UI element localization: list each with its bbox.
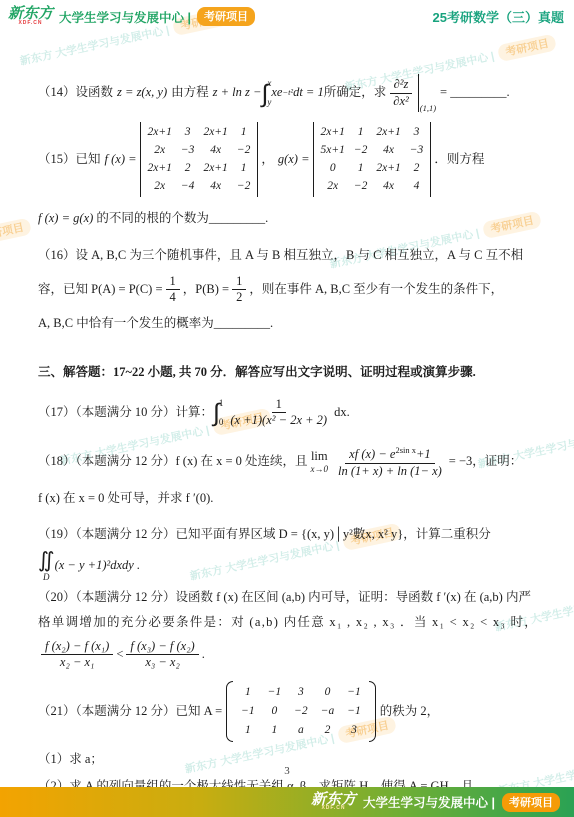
- org-name: 大学生学习与发展中心 |: [59, 8, 191, 26]
- integral: ∫ 10: [213, 397, 223, 429]
- fraction-numerator: xf (x) − e2sin x+1: [345, 445, 435, 464]
- p18-fraction: xf (x) − e2sin x+1 ln (1+ x) + ln (1− x): [334, 445, 446, 479]
- p15-prefix: （15）已知: [38, 150, 101, 169]
- matrix-cell: 3: [294, 685, 308, 700]
- problem-17: （17）（本题满分 10 分）计算： ∫ 10 1(x +1)(x² − 2x …: [38, 397, 542, 429]
- matrix-cell: 2x+1: [148, 161, 172, 176]
- matrix-cell: −4: [181, 179, 195, 194]
- watermark-badge: 考研项目: [0, 217, 32, 246]
- matrix-cell: 2: [181, 161, 195, 176]
- program-badge: 考研项目: [197, 7, 255, 26]
- fraction-denominator: x₃ − x₂: [141, 655, 183, 671]
- section-3-heading: 三、解答题：17~22 小题, 共 70 分．解答应写出文字说明、证明过程或演算…: [38, 363, 542, 382]
- p17-dx: dx.: [334, 403, 350, 422]
- matrix-cell: −1: [241, 704, 255, 719]
- watermark: 新东方 大学生学习与发展中心 |考研项目: [0, 217, 32, 278]
- matrix-cell: 2x+1: [203, 125, 227, 140]
- p14-exponent: −t²: [282, 86, 293, 99]
- problem-18-line2: f (x) 在 x = 0 处可导，并求 f ′(0).: [38, 489, 542, 508]
- matrix-cell: 3: [347, 723, 361, 738]
- integral-lower: 0: [219, 418, 224, 427]
- matrix-cell: −2: [237, 179, 251, 194]
- matrix-cell: −3: [181, 143, 195, 158]
- problem-15-line2: f (x) = g(x) 的不同的根的个数为_________.: [38, 209, 542, 228]
- limit-subscript: x→0: [311, 465, 329, 474]
- p14-math-z: z = z(x, y): [117, 83, 167, 102]
- matrix-cell: 2: [410, 161, 424, 176]
- footer-bar: 新东方XDF.CN 大学生学习与发展中心 | 考研项目: [0, 787, 574, 817]
- fraction-one-quarter: 14: [166, 274, 180, 306]
- p18-prefix: （18）（本题满分 12 分）f (x) 在 x = 0 处连续，且: [38, 452, 308, 471]
- p15-tail: ．则方程: [434, 150, 484, 169]
- watermark-text: 新东方 大学生学习与发展中心 |: [18, 21, 170, 68]
- matrix-cell: 4x: [203, 179, 227, 194]
- matrix-cell: −1: [347, 704, 361, 719]
- p14-text2: 所确定，求: [324, 83, 387, 102]
- problem-21: （21）（本题满分 12 分）已知 A = 1−130−1−10−2−a−111…: [38, 681, 542, 742]
- matrix-cell: 1: [237, 125, 251, 140]
- matrix-cell: 1: [354, 125, 368, 140]
- problem-19-line1: （19）（本题满分 12 分）已知平面有界区域 D = {(x, y)│y²數x…: [38, 525, 542, 544]
- p14-integrand: xe: [271, 83, 282, 102]
- matrix-cell: 2x+1: [376, 161, 400, 176]
- matrix-cell: 1: [241, 723, 255, 738]
- page-header: 新东方XDF.CN 大学生学习与发展中心 | 考研项目 25考研数学（三）真题: [8, 7, 564, 26]
- p15-equation: f (x) = g(x): [38, 211, 93, 225]
- evaluation-point: (1,1): [420, 102, 436, 115]
- fraction-numerator: ∂²z: [390, 77, 413, 94]
- p15-separator: ，: [261, 150, 274, 169]
- exam-page: 新东方 大学生学习与发展中心 |考研项目 新东方 大学生学习与发展中心 |考研项…: [0, 0, 574, 817]
- problem-14: （14）设函数 z = z(x, y) 由方程 z + ln z − ∫ xy …: [38, 74, 542, 112]
- matrix-cell: 2x: [148, 179, 172, 194]
- matrix-cell: 4x: [376, 143, 400, 158]
- exam-content: （14）设函数 z = z(x, y) 由方程 z + ln z − ∫ xy …: [38, 68, 542, 796]
- matrix-cell: 2x: [321, 179, 345, 194]
- matrix-cell: 2x+1: [203, 161, 227, 176]
- fraction-numerator: 1: [272, 397, 286, 414]
- determinant-f: 2x+132x+112x−34x−22x+122x+112x−44x−2: [140, 122, 259, 197]
- determinant-g: 2x+112x+135x+1−24x−3012x+122x−24x4: [313, 122, 432, 197]
- fraction-denominator: 4: [166, 290, 180, 306]
- matrix-cell: −2: [354, 179, 368, 194]
- fraction-denominator: ln (1+ x) + ln (1− x): [334, 464, 446, 480]
- p20-fraction-left: f (x₂) − f (x₁)x₂ − x₁: [41, 639, 113, 671]
- fraction-denominator: (x +1)(x² − 2x + 2): [226, 413, 331, 429]
- matrix-cell: 1: [241, 685, 255, 700]
- matrix-cell: 3: [181, 125, 195, 140]
- double-integral-sign: ∬: [38, 550, 55, 571]
- fraction-denominator: x₂ − x₁: [56, 655, 98, 671]
- matrix-cell: 4x: [376, 179, 400, 194]
- matrix-cell: 3: [410, 125, 424, 140]
- paren-right: [369, 681, 376, 742]
- matrix-cell: 1: [354, 161, 368, 176]
- p15-gx: g(x) =: [278, 150, 310, 169]
- matrix-cell: 1: [237, 161, 251, 176]
- fraction-numerator: f (x₃) − f (x₂): [126, 639, 198, 656]
- p16-text-b: ，P(B) =: [183, 280, 229, 299]
- p16-text-a: 容，已知 P(A) = P(C) =: [38, 280, 163, 299]
- matrix-cell: 2x: [148, 143, 172, 158]
- page-number: 3: [0, 765, 574, 777]
- fraction-denominator: ∂x²: [389, 94, 412, 110]
- fraction-numerator: 1: [166, 274, 180, 291]
- double-integral-domain: D: [43, 573, 50, 582]
- fraction-numerator: 1: [232, 274, 246, 291]
- matrix-cell: 0: [321, 161, 345, 176]
- problem-20-line2: 格单调增加的充分必要条件是：对 (a,b) 内任意 x₁ , x₂ , x₃ ．…: [38, 613, 542, 632]
- xdf-logo-footer: 新东方XDF.CN: [311, 794, 356, 811]
- matrix-cell: 2x+1: [148, 125, 172, 140]
- xdf-logo: 新东方XDF.CN: [8, 8, 53, 25]
- fraction-denominator: 2: [232, 290, 246, 306]
- evaluation-bar: (1,1): [418, 74, 436, 112]
- p18-tail: = −3，证明：: [449, 452, 522, 471]
- problem-16-line1: （16）设 A, B,C 为三个随机事件，且 A 与 B 相互独立，B 与 C …: [38, 246, 542, 265]
- matrix-cell: 4x: [203, 143, 227, 158]
- watermark-badge: 考研项目: [497, 33, 557, 62]
- matrix-cell: −2: [294, 704, 308, 719]
- p16-text-c: ，则在事件 A, B,C 至少有一个发生的条件下，: [249, 280, 503, 299]
- problem-20-line1: （20）（本题满分 12 分）设函数 f (x) 在区间 (a,b) 内可导，证…: [38, 588, 542, 607]
- matrix-cell: 2x+1: [321, 125, 345, 140]
- p19-integrand: (x − y +1)²dxdy .: [55, 556, 141, 575]
- problem-19-line2: ∬D (x − y +1)²dxdy .: [38, 550, 542, 582]
- matrix-cell: a: [294, 723, 308, 738]
- p21-tail: 的秩为 2，: [380, 702, 439, 721]
- matrix-cell: −3: [410, 143, 424, 158]
- double-integral: ∬D: [38, 550, 55, 582]
- paren-left: [226, 681, 233, 742]
- p20-period: .: [202, 645, 205, 664]
- integral: ∫ xy: [261, 77, 271, 109]
- p21-prefix: （21）（本题满分 12 分）已知 A =: [38, 702, 222, 721]
- matrix-cell: −1: [268, 685, 282, 700]
- p15-question: 的不同的根的个数为_________.: [96, 211, 268, 225]
- matrix-cell: 2: [321, 723, 335, 738]
- matrix-cell: −2: [237, 143, 251, 158]
- problem-16-line3: A, B,C 中恰有一个发生的概率为_________.: [38, 314, 542, 333]
- limit: limx→0: [311, 450, 329, 474]
- matrix-cell: −1: [347, 685, 361, 700]
- p15-fx: f (x) =: [105, 150, 137, 169]
- p14-math-eq: z + ln z −: [213, 83, 262, 102]
- limit-text: lim: [311, 450, 328, 463]
- matrix-cell: 0: [321, 685, 335, 700]
- p14-text: 由方程: [171, 83, 209, 102]
- p14-prefix: （14）设函数: [38, 83, 113, 102]
- p14-partial-fraction: ∂²z∂x²: [389, 77, 412, 109]
- p18-num-exponent: 2sin x: [395, 445, 416, 455]
- matrix-cell: −2: [354, 143, 368, 158]
- p18-num-a: xf (x) − e: [349, 447, 395, 461]
- p14-dt: dt = 1: [293, 83, 324, 102]
- matrix-cell: 2x+1: [376, 125, 400, 140]
- less-than-sign: <: [116, 645, 123, 664]
- document-title: 25考研数学（三）真题: [433, 7, 564, 26]
- p14-blank: = _________.: [440, 83, 510, 102]
- brand: 新东方XDF.CN 大学生学习与发展中心 | 考研项目: [8, 7, 255, 26]
- matrix-cell: 0: [268, 704, 282, 719]
- matrix-cell: 1: [268, 723, 282, 738]
- p17-fraction: 1(x +1)(x² − 2x + 2): [226, 397, 331, 429]
- matrix-cell: −a: [321, 704, 335, 719]
- org-name-footer: 大学生学习与发展中心 |: [363, 793, 495, 811]
- integral-upper: 1: [219, 399, 224, 408]
- p18-num-b: +1: [416, 447, 431, 461]
- p20-fraction-right: f (x₃) − f (x₂)x₃ − x₂: [126, 639, 198, 671]
- matrix-A: 1−130−1−10−2−a−111a23: [226, 681, 376, 742]
- problem-20-line3: f (x₂) − f (x₁)x₂ − x₁ < f (x₃) − f (x₂)…: [38, 639, 542, 671]
- matrix-grid: 1−130−1−10−2−a−111a23: [233, 681, 369, 742]
- p17-prefix: （17）（本题满分 10 分）计算：: [38, 403, 213, 422]
- matrix-cell: 4: [410, 179, 424, 194]
- program-badge-footer: 考研项目: [502, 793, 560, 812]
- matrix-cell: 5x+1: [321, 143, 345, 158]
- problem-16-line2: 容，已知 P(A) = P(C) = 14 ，P(B) = 12 ，则在事件 A…: [38, 274, 542, 306]
- problem-15: （15）已知 f (x) = 2x+132x+112x−34x−22x+122x…: [38, 122, 542, 197]
- problem-18-line1: （18）（本题满分 12 分）f (x) 在 x = 0 处连续，且 limx→…: [38, 445, 542, 479]
- fraction-numerator: f (x₂) − f (x₁): [41, 639, 113, 656]
- fraction-one-half: 12: [232, 274, 246, 306]
